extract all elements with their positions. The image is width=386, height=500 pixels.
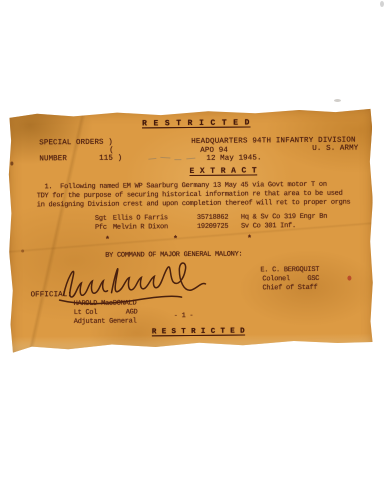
adjutant-rank: Lt Col	[74, 310, 98, 317]
roster-grade: Sgt	[95, 216, 107, 223]
paragraph-line: in designing Division crest and upon com…	[37, 200, 351, 210]
scan-mark	[380, 1, 384, 7]
chief-title: Chief of Staff	[262, 285, 317, 292]
roster-name: Melvin R Dixon	[113, 224, 168, 231]
document-paper: R E S T R I C T E D SPECIAL ORDERS ) ( N…	[8, 108, 374, 353]
date-line: 12 May 1945.	[206, 155, 261, 163]
scan-mark	[334, 99, 341, 102]
dark-speck	[10, 162, 13, 166]
adjutant-name: HAROLD MacDONALD	[74, 300, 137, 308]
separator-star: *	[247, 235, 252, 243]
page-number: - 1 -	[174, 313, 194, 320]
dark-speck	[21, 249, 24, 252]
roster-asn: 19209725	[197, 224, 228, 231]
chief-branch: GSC	[307, 276, 319, 283]
faint-pencil-marks	[148, 156, 203, 163]
special-orders-label: SPECIAL ORDERS )	[39, 140, 113, 148]
classification-banner-bottom: R E S T R I C T E D	[152, 329, 245, 337]
extract-heading: E X T R A C T	[189, 167, 257, 176]
scanned-document-photo: R E S T R I C T E D SPECIAL ORDERS ) ( N…	[0, 0, 386, 500]
chief-name: E. C. BERGQUIST	[260, 267, 319, 275]
classification-banner-top: R E S T R I C T E D	[142, 119, 250, 128]
roster-asn: 35718862	[197, 215, 228, 222]
roster-name: Ellis O Farris	[113, 215, 168, 222]
chief-rank: Colonel	[262, 276, 290, 283]
separator-star: *	[105, 237, 110, 245]
roster-organization: Hq & Sv Co 319 Engr Bn	[241, 214, 327, 222]
orders-number-line: NUMBER 115 )	[39, 156, 122, 164]
adjutant-branch: AGD	[126, 309, 138, 316]
red-ink-speck	[347, 276, 351, 281]
roster-row: Pfc Melvin R Dixon 19209725 Sv Co 301 In…	[8, 108, 372, 111]
army-line: U. S. ARMY	[312, 146, 358, 154]
adjutant-title: Adjutant General	[74, 318, 137, 326]
roster-row: Sgt Ellis O Farris 35718862 Hq & Sv Co 3…	[8, 108, 372, 111]
separator-star: *	[173, 236, 178, 244]
roster-grade: Pfc	[95, 225, 107, 232]
roster-organization: Sv Co 301 Inf.	[241, 223, 296, 230]
